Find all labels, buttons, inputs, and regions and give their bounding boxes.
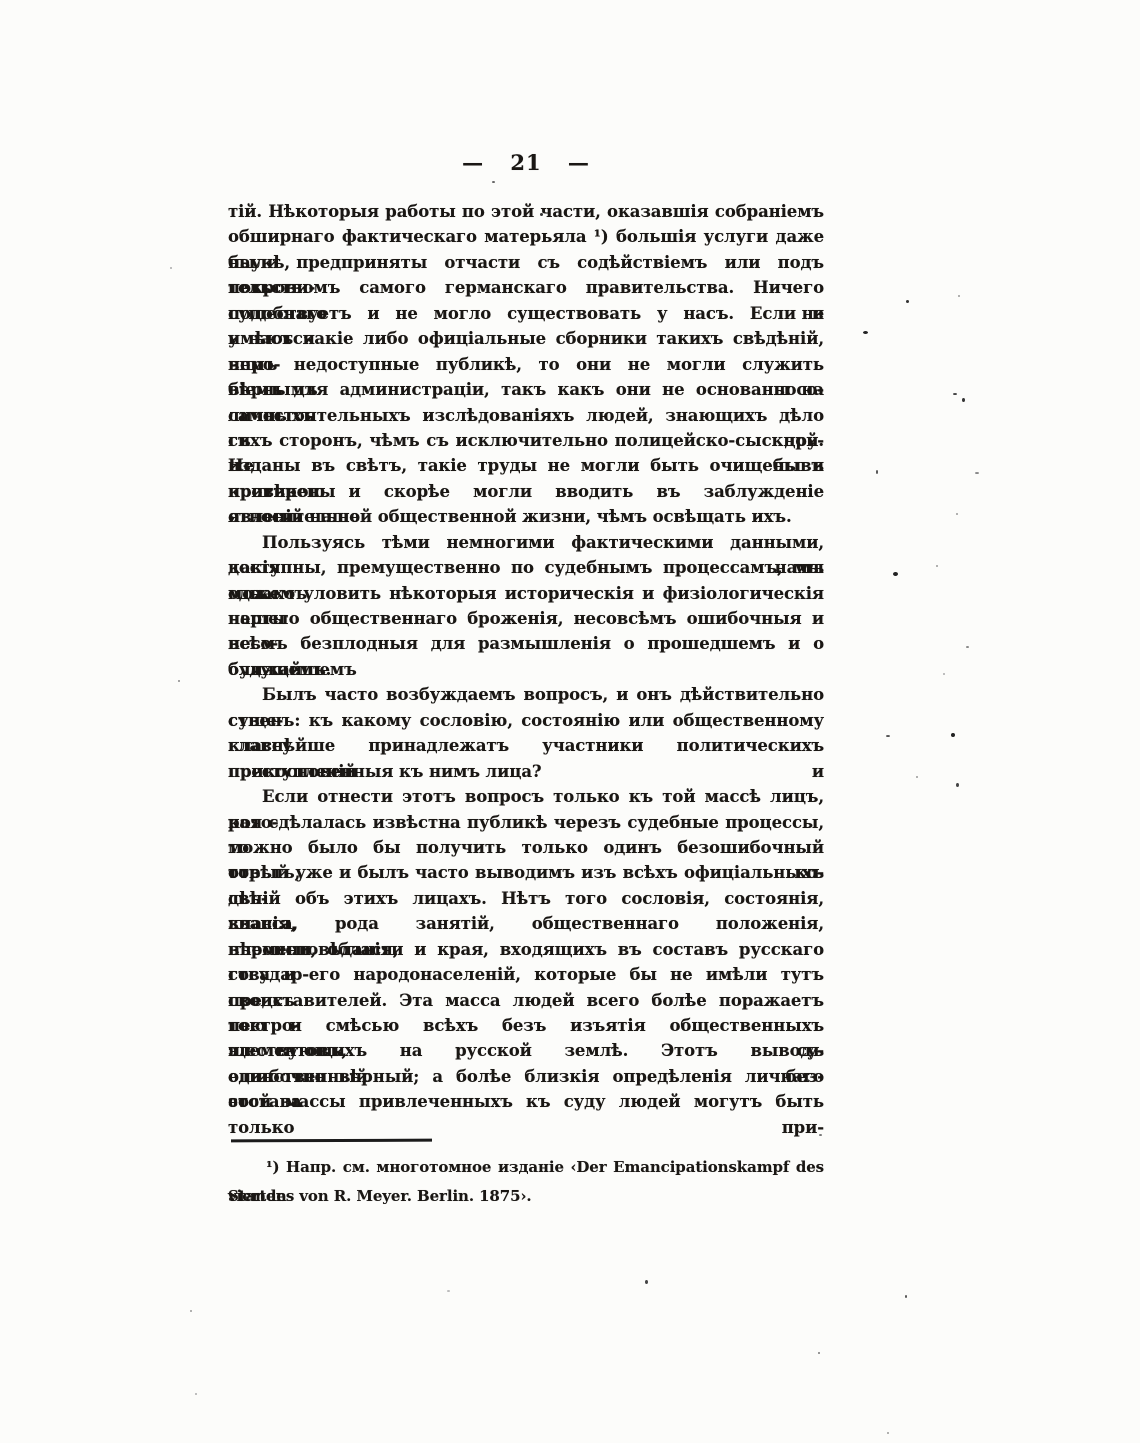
scan-speck bbox=[819, 1134, 822, 1136]
scan-speck bbox=[886, 735, 890, 737]
scan-speck bbox=[887, 1432, 889, 1434]
scan-speck bbox=[956, 513, 958, 515]
scan-speck bbox=[492, 181, 495, 183]
scan-speck bbox=[936, 565, 938, 567]
scan-speck bbox=[170, 267, 172, 269]
text-line: у насъ какіе либо офиціальные сборники т… bbox=[228, 326, 824, 351]
scan-speck bbox=[876, 470, 878, 474]
text-line: этой массы привлеченныхъ къ суду людей м… bbox=[228, 1089, 824, 1114]
text-line: были предприняты отчасти съ содѣйствіемъ… bbox=[228, 250, 824, 275]
text-line: торый уже и былъ часто выводимъ изъ всѣх… bbox=[228, 860, 824, 885]
scan-speck bbox=[975, 472, 979, 474]
scan-speck bbox=[906, 300, 909, 303]
scan-speck bbox=[863, 331, 868, 334]
text-line: обширнаго фактическаго матерьяла ¹) боль… bbox=[228, 224, 824, 249]
text-line: ства и его народонаселеній, которые бы н… bbox=[228, 962, 824, 987]
book-page: — 21 — тій. Нѣкоторыя работы по этой час… bbox=[0, 0, 1140, 1443]
text-line: тою и смѣсью всѣхъ безъ изъятія обществе… bbox=[228, 1013, 824, 1038]
scan-speck bbox=[195, 1393, 197, 1395]
text-line: будущемъ. bbox=[228, 657, 824, 682]
text-line: Если отнести этотъ вопросъ только къ той… bbox=[228, 784, 824, 809]
scan-speck bbox=[447, 1290, 450, 1292]
scan-speck bbox=[818, 1352, 820, 1354]
scan-speck bbox=[645, 1280, 648, 1284]
text-line: существуетъ и не могло существовать у на… bbox=[228, 301, 824, 326]
text-line: однако уловить нѣкоторыя историческія и … bbox=[228, 581, 824, 606]
scan-speck bbox=[916, 776, 918, 778]
text-line: рая сдѣлалась извѣстна публикѣ черезъ су… bbox=[228, 810, 824, 835]
text-line: Пользуясь тѣми немногими фактическими да… bbox=[228, 530, 824, 555]
text-line: ственъ: къ какому сословію, состоянію ил… bbox=[228, 708, 824, 733]
text-line: тій. Нѣкоторыя работы по этой части, ока… bbox=[228, 199, 824, 224]
text-line: представителей. Эта масса людей всего бо… bbox=[228, 988, 824, 1013]
scan-speck bbox=[943, 673, 945, 675]
text-line: критикою и скорѣе могли вводить въ заблу… bbox=[228, 479, 824, 504]
text-line: главнѣйше принадлежатъ участники политич… bbox=[228, 733, 824, 758]
scan-speck bbox=[905, 1295, 907, 1298]
text-line: племени, области и края, входящихъ въ со… bbox=[228, 937, 824, 962]
text-line: чемъ недоступные публикѣ, то они не могл… bbox=[228, 352, 824, 377]
text-line: Былъ часто возбуждаемъ вопросъ, и онъ дѣ… bbox=[228, 682, 824, 707]
scan-speck bbox=[956, 783, 959, 787]
text-line: дѣній объ этихъ лицахъ. Нѣтъ того сослов… bbox=[228, 886, 824, 911]
text-line: гихъ сторонъ, чѣмъ съ исключительно поли… bbox=[228, 428, 824, 453]
scan-speck bbox=[540, 213, 543, 216]
footnote: ¹) Напр. см. многотомное изданіе ‹Der Em… bbox=[228, 1153, 824, 1210]
scan-speck bbox=[962, 398, 965, 402]
scan-speck bbox=[966, 646, 969, 648]
text-line: можно было бы получить только одинъ безо… bbox=[228, 835, 824, 860]
scan-speck bbox=[958, 295, 960, 297]
text-line: нашего общественнаго броженія, несовсѣмъ… bbox=[228, 606, 824, 631]
text-line: ошибочно вѣрный; а болѣе близкія опредѣл… bbox=[228, 1064, 824, 1089]
text-line: ществующихъ на русской землѣ. Этотъ выво… bbox=[228, 1038, 824, 1063]
text-line: явленій нашей общественной жизни, чѣмъ о… bbox=[228, 504, 824, 529]
page-number: — 21 — bbox=[228, 150, 824, 175]
text-line: класса, рода занятій, общественнаго поло… bbox=[228, 911, 824, 936]
footnote-line: ¹) Напр. см. многотомное изданіе ‹Der Em… bbox=[228, 1153, 824, 1182]
scan-speck bbox=[951, 733, 955, 737]
scan-speck bbox=[953, 393, 957, 395]
text-line: самостоятельныхъ изслѣдованіяхъ людей, з… bbox=[228, 403, 824, 428]
text-line: доступны, премущественно по судебнымъ пр… bbox=[228, 555, 824, 580]
footnote-separator bbox=[231, 1139, 432, 1143]
footnote-line: Standes von R. Meyer. Berlin. 1875›. bbox=[228, 1182, 824, 1211]
scan-speck bbox=[893, 572, 898, 576]
scan-speck bbox=[190, 1310, 192, 1312]
text-line: біемъ для администраціи, такъ какъ они н… bbox=[228, 377, 824, 402]
body-text: тій. Нѣкоторыя работы по этой части, ока… bbox=[228, 199, 824, 1115]
text-line: тельствомъ самого германскаго правительс… bbox=[228, 275, 824, 300]
scan-speck bbox=[178, 680, 180, 682]
text-line: всѣмъ безплодныя для размышленія о проше… bbox=[228, 631, 824, 656]
text-line: изданы въ свѣтъ, такіе труды не могли бы… bbox=[228, 453, 824, 478]
